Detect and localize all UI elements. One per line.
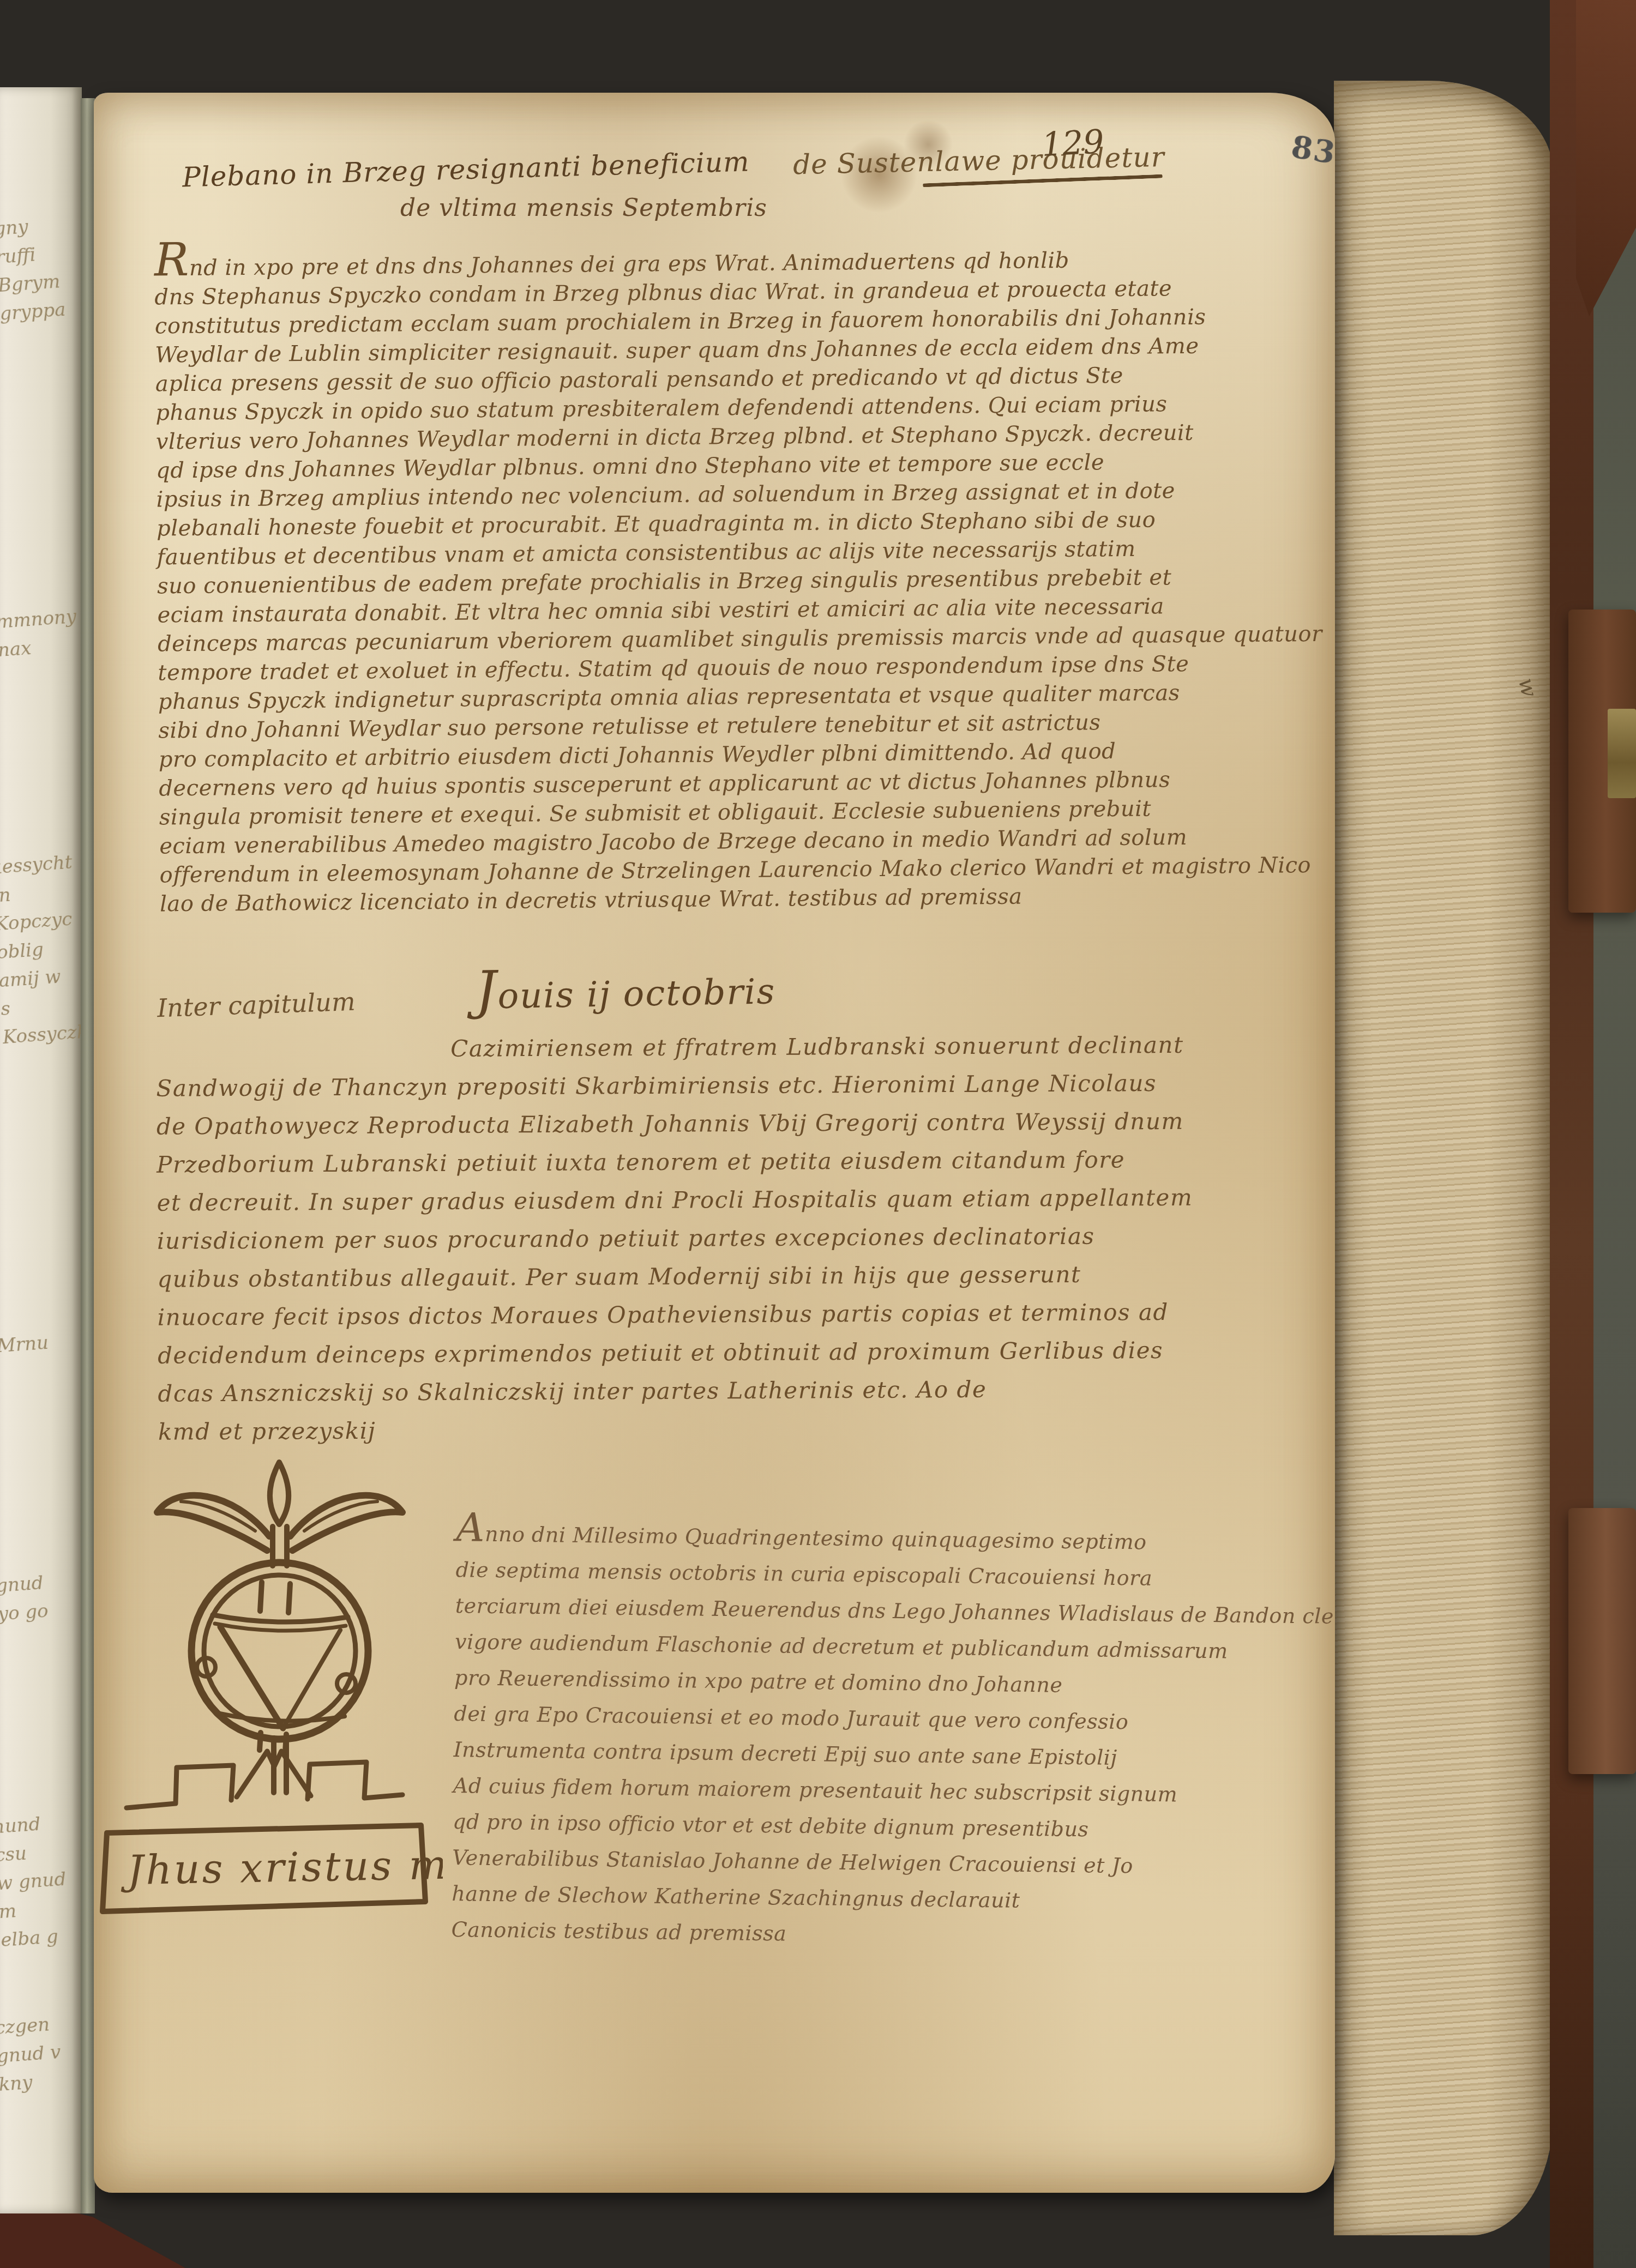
mark-step-left bbox=[127, 1765, 233, 1808]
mark-tick bbox=[288, 1584, 290, 1613]
mark-top-chord bbox=[215, 1624, 346, 1631]
entry2-date-heading: Jouis ij octobris bbox=[475, 955, 776, 1021]
mark-diagonal bbox=[220, 1627, 283, 1728]
banner-inscription: Jhus xristus maria bbox=[120, 1840, 443, 1894]
text-line: de Opathowyecz Reproducta Elizabeth Joha… bbox=[157, 1101, 1335, 1145]
entry2-margin-note: Inter capitulum bbox=[157, 987, 356, 1023]
entry-heading-left: Plebano in Brzeg resignanti beneficium bbox=[182, 146, 750, 193]
photograph: w gny ruffi Bgrym gryppa mmnony nax kess… bbox=[0, 0, 1636, 2268]
clasp-strap-lower bbox=[1568, 1508, 1636, 1774]
script-fragment: mmnony nax bbox=[0, 602, 79, 665]
gutter-shadow bbox=[81, 98, 95, 2213]
entry1-text-block: Rnd in xpo pre et dns dns Johannes dei g… bbox=[154, 236, 1335, 919]
text-line: Sandwogij de Thanczyn prepositi Skarbimi… bbox=[156, 1063, 1335, 1107]
script-fragment: gnud yo go bbox=[0, 1569, 49, 1628]
mark-inner-circle bbox=[204, 1575, 356, 1727]
book-fore-edge bbox=[1334, 81, 1553, 2235]
leather-cover-strip bbox=[1550, 0, 1593, 2268]
notary-mark: Jhus xristus maria bbox=[94, 1445, 443, 1990]
mark-tick bbox=[260, 1733, 261, 1750]
text-line: Przedborium Lubranski petiuit iuxta teno… bbox=[157, 1139, 1335, 1184]
entry-heading-right: de Sustenlawe prouidetur bbox=[792, 141, 1165, 180]
text-line: dcas Anszniczskij so Skalniczskij inter … bbox=[158, 1368, 1335, 1413]
entry2-text-block: Cazimiriensem et ffratrem Ludbranski son… bbox=[156, 1025, 1335, 1451]
text-line: iurisdicionem per suos procurando petiui… bbox=[157, 1216, 1335, 1260]
mark-tick bbox=[260, 1582, 262, 1611]
script-fragment: gny ruffi Bgrym gryppa bbox=[0, 210, 67, 328]
mark-step-right bbox=[308, 1762, 402, 1799]
mark-right-leaf bbox=[290, 1495, 402, 1551]
text-line: quibus obstantibus allegauit. Per suam M… bbox=[157, 1254, 1335, 1298]
mark-center-bud bbox=[270, 1462, 289, 1524]
folio-number-stamp: 83 bbox=[1289, 129, 1335, 171]
mark-top-chord bbox=[213, 1615, 348, 1622]
script-fragment: kessycht in Kopczyc oblig amij w s Kossy… bbox=[0, 848, 89, 1052]
text-line: decidendum deinceps exprimendos petiuit … bbox=[158, 1330, 1335, 1374]
entry3-text-block: Anno dni Millesimo Quadringentesimo quin… bbox=[451, 1516, 1335, 1958]
script-fragment: Mrnu bbox=[0, 1329, 50, 1360]
folio-number-ink: 129 bbox=[1040, 123, 1105, 164]
facing-page-edge: gny ruffi Bgrym gryppa mmnony nax kessyc… bbox=[0, 87, 82, 2213]
text-line: Cazimiriensem et ffratrem Ludbranski son… bbox=[156, 1025, 1335, 1069]
entry-heading-date: de vltima mensis Septembris bbox=[400, 194, 767, 222]
backdrop-right bbox=[1591, 0, 1636, 2268]
mark-diagonal bbox=[283, 1630, 340, 1728]
mark-left-leaf bbox=[157, 1495, 269, 1551]
clasp-brass-fitting bbox=[1608, 709, 1636, 798]
script-fragment: hund csu w gnud m elba g bbox=[0, 1807, 87, 1955]
manuscript-page: Plebano in Brzeg resignanti beneficium d… bbox=[94, 93, 1335, 2193]
text-line: et decreuit. In super gradus eiusdem dni… bbox=[157, 1178, 1335, 1222]
script-fragment: czgen gnud v kny bbox=[0, 2010, 64, 2099]
text-line: inuocare fecit ipsos dictos Moraues Opat… bbox=[158, 1292, 1335, 1336]
